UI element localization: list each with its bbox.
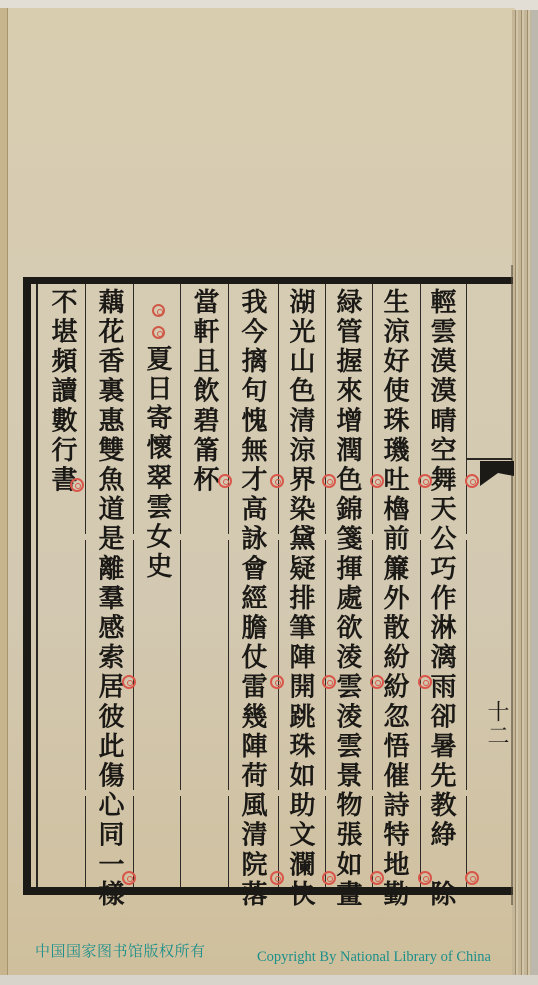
text-column-2: 生涼好使珠璣吐櫓前簾外散紛紛忽悟催詩特地勤 [381,288,407,910]
folio-page-number: 十二 [492,700,512,748]
column-divider [372,284,373,887]
punctuation-circle-icon [70,478,84,492]
column-divider [133,284,134,887]
punctuation-circle-icon [122,675,136,689]
poem-title: 夏日寄懷翠雲女史 [144,345,170,582]
scan-background-right [531,10,538,985]
punctuation-circle-icon [418,871,432,885]
fishtail-top-line [466,458,512,460]
column-divider [420,284,421,887]
column-divider [228,284,229,887]
punctuation-circle-icon [270,871,284,885]
punctuation-circle-icon [322,675,336,689]
punctuation-circle-icon [122,871,136,885]
column-divider [85,284,86,887]
text-column-3: 緑管握來增潤色錦箋揮處欲淩雲淩雲景物張如畫 [334,288,360,910]
punctuation-circle-icon [218,474,232,488]
column-divider [466,284,467,887]
title-circle-mark-icon [152,326,165,339]
fishtail-notch-icon [480,472,514,486]
frame-left-border [23,277,31,895]
copyright-english: Copyright By National Library of China [257,949,491,966]
text-column-5: 我今摛句愧無才高詠會經膽仗雷幾陣荷風清院落 [239,288,265,910]
punctuation-circle-icon [370,474,384,488]
punctuation-circle-icon [465,871,479,885]
punctuation-circle-icon [270,474,284,488]
column-divider [325,284,326,887]
center-fold-edge [511,265,513,905]
text-column-1: 輕雲漠漠晴空舞天公巧作淋漓雨卻暑先教䋫𦄌除 [428,288,454,910]
punctuation-circle-icon [370,675,384,689]
scan-background-bottom [0,975,538,985]
punctuation-circle-icon [322,871,336,885]
punctuation-circle-icon [465,474,479,488]
frame-top-border [23,277,513,284]
text-column-8: 藕花香裏惠雙魚道是離羣感索居彼此傷心同一樣 [96,288,122,910]
page-left-edge [0,8,8,978]
frame-left-inner-line [36,284,38,887]
punctuation-circle-icon [418,474,432,488]
column-divider [278,284,279,887]
punctuation-circle-icon [418,675,432,689]
punctuation-circle-icon [322,474,336,488]
copyright-chinese: 中国国家图书馆版权所有 [35,940,206,961]
punctuation-circle-icon [370,871,384,885]
punctuation-circle-icon [270,675,284,689]
text-column-9: 不堪頻讀數行書 [49,288,75,495]
title-circle-mark-icon [152,304,165,317]
column-divider [180,284,181,887]
text-column-6: 當軒且飲碧筩杯 [191,288,217,495]
text-column-4: 湖光山色清涼界染黛疑排筆陣開跳珠如助文瀾快 [287,288,313,910]
